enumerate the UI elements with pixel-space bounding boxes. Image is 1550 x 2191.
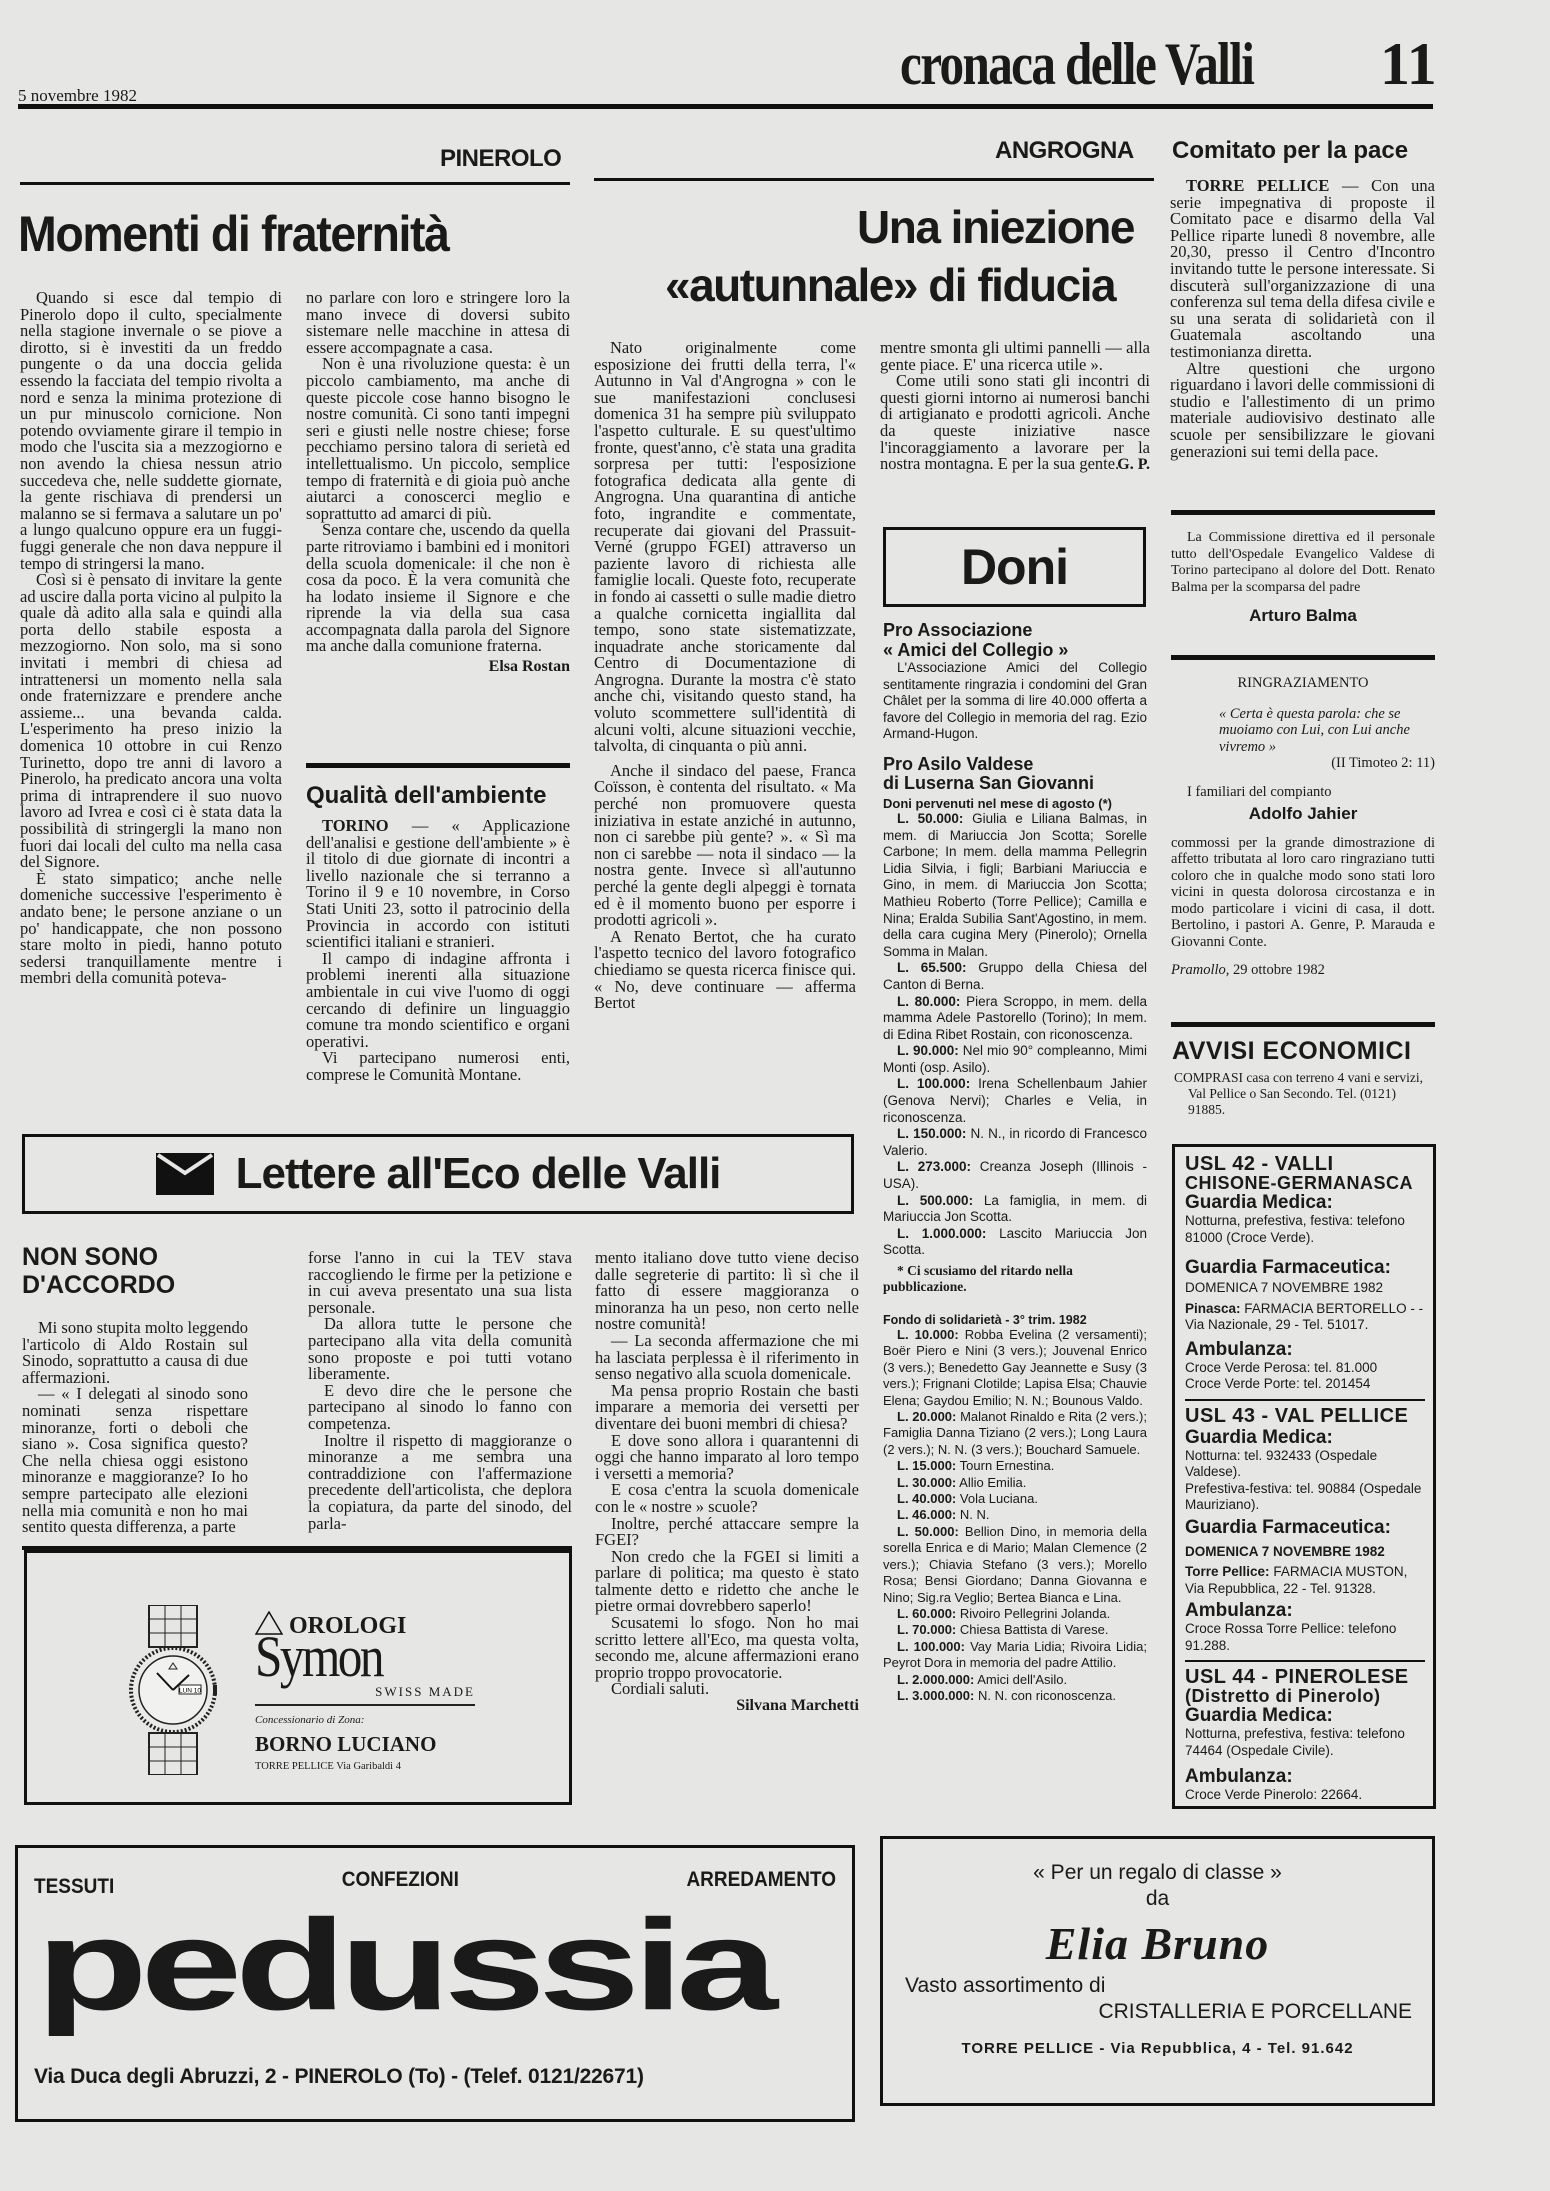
ad-elia-bruno: « Per un regalo di classe » da Elia Brun…	[880, 1836, 1435, 2106]
paragraph: Altre questioni che urgono riguardano i …	[1170, 361, 1435, 461]
letter-col1: Mi sono stupita molto leggendo l'articol…	[22, 1320, 248, 1536]
donation-entry: L. 50.000: Bellion Dino, in memoria dell…	[883, 1524, 1147, 1606]
paragraph: forse l'anno in cui la TEV stava raccogl…	[308, 1250, 572, 1316]
usl43-farma-label: Guardia Farmaceutica:	[1185, 1518, 1425, 1538]
ringraziamento-quote: « Certa è questa parola: che se muoiamo …	[1219, 706, 1435, 756]
letter-headline-1: NON SONO	[22, 1243, 175, 1271]
headline-ambiente: Qualità dell'ambiente	[306, 782, 546, 810]
ringraziamento-place: Pramollo,	[1171, 962, 1229, 978]
kicker-pinerolo: PINEROLO	[440, 145, 561, 173]
ringraziamento: RINGRAZIAMENTO « Certa è questa parola: …	[1171, 675, 1435, 979]
pinerolo-col1: Quando si esce dal tempio di Pinerolo do…	[20, 290, 282, 987]
paragraph: Inoltre, perché attaccare sempre la FGEI…	[595, 1516, 859, 1549]
pedussia-brand: pedussia	[36, 1900, 771, 2029]
donation-entry: L. 100.000: Vay Maria Lidia; Rivoira Lid…	[883, 1639, 1147, 1672]
headline-angrogna-1: Una iniezione	[857, 200, 1134, 254]
svg-text:LUN 10: LUN 10	[179, 1688, 201, 1695]
donation-entry: L. 40.000: Vola Luciana.	[883, 1491, 1147, 1507]
letter-col3: mento italiano dove tutto viene deciso d…	[595, 1250, 859, 1715]
asilo-title-1: Pro Asilo Valdese	[883, 755, 1147, 774]
usl42-title-1: USL 42 - VALLI	[1185, 1155, 1425, 1174]
donation-entry: L. 1.000.000: Lascito Mariuccia Jon Scot…	[883, 1226, 1147, 1259]
doni-title: Doni	[961, 538, 1068, 596]
usl43-medica-label: Guardia Medica:	[1185, 1428, 1425, 1448]
usl44-title-2: (Distretto di Pinerolo)	[1185, 1687, 1425, 1706]
ringraziamento-title: RINGRAZIAMENTO	[1171, 675, 1435, 692]
paragraph: — « I delegati al sinodo sono nominati s…	[22, 1386, 248, 1535]
usl42-farma-label: Guardia Farmaceutica:	[1185, 1258, 1425, 1278]
ad-pedussia: TESSUTI CONFEZIONI ARREDAMENTO pedussia …	[15, 1845, 855, 2122]
usl43-title: USL 43 - VAL PELLICE	[1185, 1407, 1425, 1426]
ad-symon: LUN 10 OROLOGI Symon SWISS MADE Concessi…	[24, 1549, 572, 1805]
paragraph: L'Associazione Amici del Collegio sentit…	[883, 660, 1147, 743]
amici-collegio-title: Pro Associazione « Amici del Collegio »	[883, 620, 1147, 660]
usl43-amb-label: Ambulanza:	[1185, 1601, 1425, 1621]
ringraziamento-day: 29 ottobre 1982	[1233, 962, 1325, 978]
asilo-entries: L. 50.000: Giulia e Liliana Balmas, in m…	[883, 811, 1147, 1259]
paragraph: Il campo di indagine affronta i problemi…	[306, 951, 570, 1051]
letter-headline-2: D'ACCORDO	[22, 1271, 175, 1299]
paragraph: E devo dire che le persone che partecipa…	[308, 1383, 572, 1433]
paragraph: TORINO — « Applicazione dell'analisi e g…	[306, 818, 570, 951]
asilo-title-2: di Luserna San Giovanni	[883, 774, 1147, 793]
fondo-title: Fondo di solidarietà - 3° trim. 1982	[883, 1313, 1147, 1327]
necrologio-name: Arturo Balma	[1171, 608, 1435, 625]
symon-logo: OROLOGI Symon SWISS MADE Concessionario …	[255, 1611, 475, 1772]
paragraph: mentre smonta gli ultimi pannelli — alla…	[880, 340, 1150, 373]
paragraph: Anche il sindaco del paese, Franca Coïss…	[594, 763, 856, 929]
paragraph: Non credo che la FGEI si limiti a parlar…	[595, 1549, 859, 1615]
usl42-title: USL 42 - VALLI CHISONE-GERMANASCA	[1185, 1155, 1425, 1193]
masthead-rule	[18, 104, 1433, 109]
necrologio-text: La Commissione direttiva ed il personale…	[1171, 530, 1435, 596]
donation-entry: L. 150.000: N. N., in ricordo di Frances…	[883, 1126, 1147, 1159]
paragraph: Non è una rivoluzione questa: è un picco…	[306, 356, 570, 522]
paragraph: A Renato Bertot, che ha curato l'aspetto…	[594, 929, 856, 1012]
ambiente-rule	[306, 763, 570, 768]
usl44-medica-label: Guardia Medica:	[1185, 1706, 1425, 1726]
letter-col2: forse l'anno in cui la TEV stava raccogl…	[308, 1250, 572, 1532]
ringraziamento-text: commossi per la grande dimostrazione di …	[1171, 835, 1435, 951]
usl42-amb-label: Ambulanza:	[1185, 1340, 1425, 1360]
paragraph: E cosa c'entra la scuola domenicale con …	[595, 1482, 859, 1515]
donation-entry: L. 2.000.000: Amici dell'Asilo.	[883, 1672, 1147, 1688]
letter-headline: NON SONO D'ACCORDO	[22, 1243, 175, 1299]
usl42-medica-text: Notturna, prefestiva, festiva: telefono …	[1185, 1213, 1425, 1246]
paragraph: Così si è pensato di invitare la gente a…	[20, 572, 282, 871]
asilo-title: Pro Asilo Valdese di Luserna San Giovann…	[883, 755, 1147, 793]
usl42-medica-label: Guardia Medica:	[1185, 1193, 1425, 1213]
donation-entry: L. 70.000: Chiesa Battista di Varese.	[883, 1622, 1147, 1638]
ringraziamento-reference: (II Timoteo 2: 11)	[1171, 755, 1435, 772]
donation-entry: L. 10.000: Robba Evelina (2 versamenti);…	[883, 1327, 1147, 1409]
ringraziamento-date: Pramollo, 29 ottobre 1982	[1171, 962, 1435, 979]
paragraph: Vi partecipano numerosi enti, comprese l…	[306, 1050, 570, 1083]
usl-divider	[1185, 1660, 1425, 1662]
paragraph: Senza contare che, uscendo da quella par…	[306, 522, 570, 655]
paragraph: Come utili sono stati gli incontri di qu…	[880, 373, 1150, 473]
paragraph: E dove sono allora i quarantenni di oggi…	[595, 1433, 859, 1483]
donation-entry: L. 3.000.000: N. N. con riconoscenza.	[883, 1688, 1147, 1704]
paragraph: — La seconda affermazione che mi ha lasc…	[595, 1333, 859, 1383]
comitato-text: — Con una serie impegnativa di proposte …	[1170, 176, 1435, 361]
pedussia-address: Via Duca degli Abruzzi, 2 - PINEROLO (To…	[34, 2065, 644, 2089]
symon-dealer-address: TORRE PELLICE Via Garibaldi 4	[255, 1761, 475, 1772]
paragraph: Cordiali saluti.	[595, 1681, 859, 1698]
pinerolo-col2: no parlare con loro e stringere loro la …	[306, 290, 570, 676]
paragraph: TORRE PELLICE — Con una serie impegnativ…	[1170, 178, 1435, 361]
headline-comitato-pace: Comitato per la pace	[1172, 137, 1408, 165]
usl43-farma-place: Torre Pellice:	[1185, 1564, 1270, 1579]
usl43-medica-2: Prefestiva-festiva: tel. 90884 (Ospedale…	[1185, 1481, 1425, 1514]
angrogna-rule	[594, 178, 1154, 181]
usl44-title-1: USL 44 - PINEROLESE	[1185, 1668, 1425, 1687]
page-number: 11	[1380, 30, 1437, 99]
donation-entry: L. 80.000: Piera Scroppo, in mem. della …	[883, 994, 1147, 1044]
usl42-farma-date: DOMENICA 7 NOVEMBRE 1982	[1185, 1280, 1425, 1297]
avvisi-title: AVVISI ECONOMICI	[1172, 1037, 1412, 1066]
lettere-banner-title: Lettere all'Eco delle Valli	[236, 1149, 721, 1199]
usl44-amb-label: Ambulanza:	[1185, 1767, 1425, 1787]
comitato-pace-body: TORRE PELLICE — Con una serie impegnativ…	[1170, 178, 1435, 460]
donation-entry: L. 60.000: Rivoiro Pellegrini Jolanda.	[883, 1606, 1147, 1622]
section-title-text: cronaca delle Valli	[900, 31, 1253, 97]
amici-collegio-text: L'Associazione Amici del Collegio sentit…	[883, 660, 1147, 743]
donation-entry: L. 46.000: N. N.	[883, 1507, 1147, 1523]
usl44-medica-text: Notturna, prefestiva, festiva: telefono …	[1185, 1726, 1425, 1759]
fondo-entries: L. 10.000: Robba Evelina (2 versamenti);…	[883, 1327, 1147, 1704]
avvisi-keyword: COMPRASI	[1174, 1070, 1243, 1085]
donation-entry: L. 273.000: Creanza Joseph (Illinois - U…	[883, 1159, 1147, 1192]
paragraph: no parlare con loro e stringere loro la …	[306, 290, 570, 356]
paragraph: Scusatemi lo sfogo. Non ho mai scritto l…	[595, 1615, 859, 1681]
amici-title-1: Pro Associazione	[883, 620, 1147, 640]
usl44-title: USL 44 - PINEROLESE (Distretto di Pinero…	[1185, 1668, 1425, 1706]
paragraph: mento italiano dove tutto viene deciso d…	[595, 1250, 859, 1333]
usl43-farma: Torre Pellice: FARMACIA MUSTON, Via Repu…	[1185, 1564, 1425, 1597]
donation-entry: L. 50.000: Giulia e Liliana Balmas, in m…	[883, 811, 1147, 960]
usl42-amb-2: Croce Verde Porte: tel. 201454	[1185, 1376, 1425, 1393]
donation-entry: L. 15.000: Tourn Ernestina.	[883, 1458, 1147, 1474]
usl-divider	[1185, 1399, 1425, 1401]
donation-entry: L. 100.000: Irena Schellenbaum Jahier (G…	[883, 1076, 1147, 1126]
usl42-amb-1: Croce Verde Perosa: tel. 81.000	[1185, 1360, 1425, 1377]
ringraziamento-rule	[1171, 1022, 1435, 1027]
necrologio-rule	[1171, 655, 1435, 660]
paragraph: È stato simpatico; anche nelle domeniche…	[20, 871, 282, 987]
doni-box: Doni	[883, 527, 1146, 607]
elia-slogan: « Per un regalo di classe »	[883, 1861, 1432, 1885]
symon-dealer-label: Concessionario di Zona:	[255, 1714, 475, 1726]
envelope-icon	[156, 1153, 214, 1195]
elia-address: TORRE PELLICE - Via Repubblica, 4 - Tel.…	[883, 2040, 1432, 2057]
elia-brand: Elia Bruno	[883, 1917, 1432, 1970]
avvisi-body: COMPRASI casa con terreno 4 vani e servi…	[1174, 1070, 1436, 1118]
usl43-medica-1: Notturna: tel. 932433 (Ospedale Valdese)…	[1185, 1448, 1425, 1481]
amici-title-2: « Amici del Collegio »	[883, 640, 1147, 660]
ringraziamento-name: Adolfo Jahier	[1171, 806, 1435, 823]
paragraph: Quando si esce dal tempio di Pinerolo do…	[20, 290, 282, 572]
paragraph: Da allora tutte le persone che partecipa…	[308, 1316, 572, 1382]
signature-elsa-rostan: Elsa Rostan	[306, 659, 570, 676]
asilo-note: * Ci scusiamo del ritardo nella pubblica…	[883, 1263, 1147, 1295]
donation-entry: L. 90.000: Nel mio 90° compleanno, Mimi …	[883, 1043, 1147, 1076]
usl42-farma: Pinasca: FARMACIA BERTORELLO - - Via Naz…	[1185, 1301, 1425, 1334]
kicker-angrogna: ANGROGNA	[995, 137, 1134, 165]
donation-entry: L. 500.000: La famiglia, in mem. di Mari…	[883, 1193, 1147, 1226]
elia-line2: CRISTALLERIA E PORCELLANE	[883, 2000, 1432, 2024]
comitato-rule	[1171, 510, 1435, 515]
ambiente-body: TORINO — « Applicazione dell'analisi e g…	[306, 818, 570, 1084]
signature-silvana-marchetti: Silvana Marchetti	[595, 1698, 859, 1715]
page-date: 5 novembre 1982	[18, 86, 137, 106]
symon-dealer-name: BORNO LUCIANO	[255, 1732, 475, 1757]
usl44-amb-text: Croce Verde Pinerolo: 22664.	[1185, 1787, 1425, 1804]
donation-entry: L. 20.000: Malanot Rinaldo e Rita (2 ver…	[883, 1409, 1147, 1458]
usl-box: USL 42 - VALLI CHISONE-GERMANASCA Guardi…	[1172, 1144, 1436, 1809]
doni-column: Pro Associazione « Amici del Collegio » …	[883, 620, 1147, 1704]
elia-line1: Vasto assortimento di	[883, 1974, 1432, 1998]
lettere-banner: Lettere all'Eco delle Valli	[22, 1134, 854, 1214]
symon-brand: Symon	[255, 1632, 442, 1682]
usl42-farma-place: Pinasca:	[1185, 1301, 1241, 1316]
paragraph: Inoltre il rispetto di maggioranze o min…	[308, 1433, 572, 1533]
headline-pinerolo: Momenti di fraternità	[18, 205, 449, 263]
wristwatch-icon: LUN 10	[129, 1605, 217, 1775]
asilo-subtitle: Doni pervenuti nel mese di agosto (*)	[883, 796, 1147, 811]
paragraph: Ma pensa proprio Rostain che basti impar…	[595, 1383, 859, 1433]
usl43-amb-text: Croce Rossa Torre Pellice: telefono 91.2…	[1185, 1621, 1425, 1654]
section-title: cronaca delle Valli	[900, 30, 1253, 99]
elia-da: da	[883, 1887, 1432, 1911]
donation-entry: L. 65.500: Gruppo della Chiesa del Canto…	[883, 960, 1147, 993]
usl43-farma-date: DOMENICA 7 NOVEMBRE 1982	[1185, 1544, 1425, 1561]
paragraph: Nato originalmente come esposizione dei …	[594, 340, 856, 755]
necrologio: La Commissione direttiva ed il personale…	[1171, 530, 1435, 625]
angrogna-col1: Nato originalmente come esposizione dei …	[594, 340, 856, 1012]
donation-entry: L. 30.000: Allio Emilia.	[883, 1475, 1147, 1491]
ambiente-text: — « Applicazione dell'analisi e gestione…	[306, 816, 570, 951]
paragraph: Mi sono stupita molto leggendo l'articol…	[22, 1320, 248, 1386]
headline-angrogna-2: «autunnale» di fiducia	[665, 258, 1115, 312]
angrogna-col2: mentre smonta gli ultimi pannelli — alla…	[880, 340, 1150, 473]
ringraziamento-intro: I familiari del compianto	[1171, 784, 1435, 801]
usl42-title-2: CHISONE-GERMANASCA	[1185, 1174, 1425, 1193]
pinerolo-rule	[20, 182, 570, 185]
